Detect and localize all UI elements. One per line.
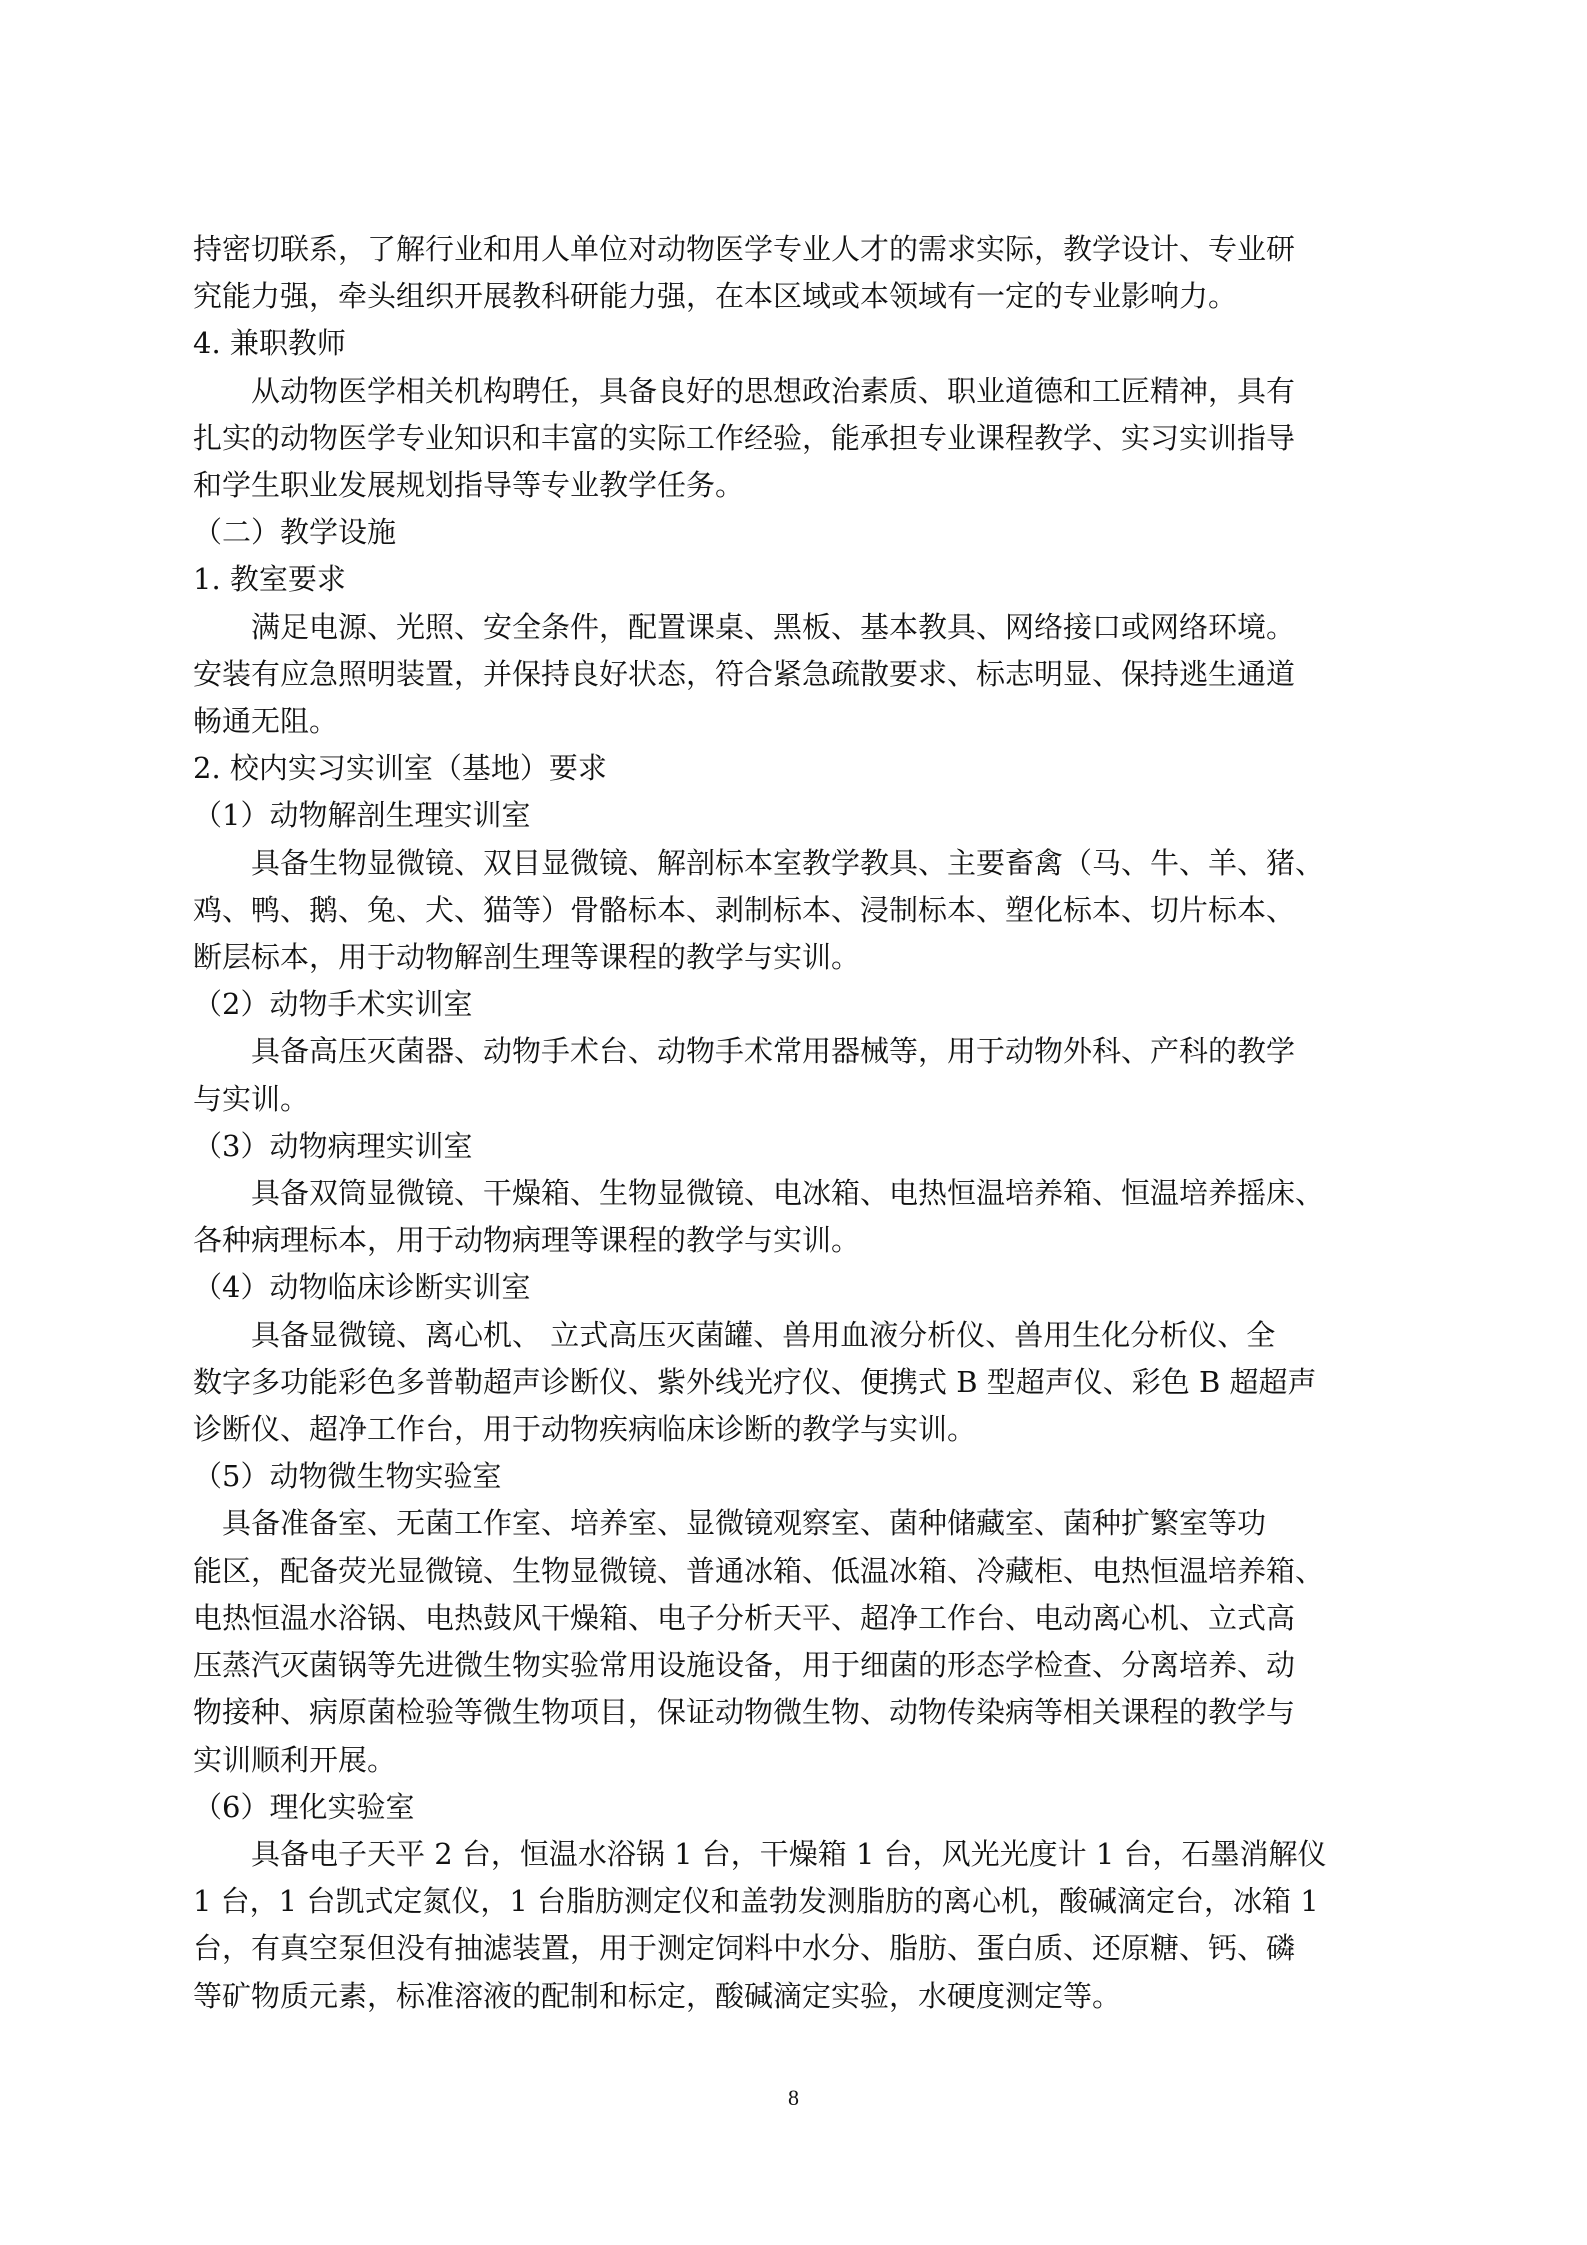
para-line: 能区，配备荧光显微镜、生物显微镜、普通冰箱、低温冰箱、冷藏柜、电热恒温培养箱、: [193, 1548, 1415, 1595]
document-body: 持密切联系，了解行业和用人单位对动物医学专业人才的需求实际，教学设计、专业研 究…: [193, 226, 1415, 2020]
para-line: 具备电子天平 2 台，恒温水浴锅 1 台，干燥箱 1 台，风光光度计 1 台，石…: [193, 1831, 1415, 1878]
subheading-physchem-lab: （6）理化实验室: [193, 1784, 1415, 1831]
para-line: 具备准备室、无菌工作室、培养室、显微镜观察室、菌种储藏室、菌种扩繁室等功: [193, 1500, 1415, 1547]
section-heading-classroom-requirements: 1. 教室要求: [193, 556, 1415, 603]
section-heading-part-time-teachers: 4. 兼职教师: [193, 320, 1415, 367]
para-line: 诊断仪、超净工作台，用于动物疾病临床诊断的教学与实训。: [193, 1406, 1415, 1453]
para-line: 实训顺利开展。: [193, 1737, 1415, 1784]
para-line: 数字多功能彩色多普勒超声诊断仪、紫外线光疗仪、便携式 B 型超声仪、彩色 B 超…: [193, 1359, 1415, 1406]
para-line: 具备生物显微镜、双目显微镜、解剖标本室教学教具、主要畜禽（马、牛、羊、猪、: [193, 840, 1415, 887]
subheading-clinical-diagnosis-lab: （4）动物临床诊断实训室: [193, 1264, 1415, 1311]
para-line: 扎实的动物医学专业知识和丰富的实际工作经验，能承担专业课程教学、实习实训指导: [193, 415, 1415, 462]
para-line: 从动物医学相关机构聘任，具备良好的思想政治素质、职业道德和工匠精神，具有: [193, 368, 1415, 415]
para-line: 具备高压灭菌器、动物手术台、动物手术常用器械等，用于动物外科、产科的教学: [193, 1028, 1415, 1075]
para-line: 具备双筒显微镜、干燥箱、生物显微镜、电冰箱、电热恒温培养箱、恒温培养摇床、: [193, 1170, 1415, 1217]
section-heading-teaching-facilities: （二）教学设施: [193, 509, 1415, 556]
para-line: 究能力强，牵头组织开展教科研能力强，在本区域或本领域有一定的专业影响力。: [193, 273, 1415, 320]
para-line: 和学生职业发展规划指导等专业教学任务。: [193, 462, 1415, 509]
para-line: 具备显微镜、离心机、 立式高压灭菌罐、兽用血液分析仪、兽用生化分析仪、全: [193, 1312, 1415, 1359]
para-line: 台，有真空泵但没有抽滤装置，用于测定饲料中水分、脂肪、蛋白质、还原糖、钙、磷: [193, 1925, 1415, 1972]
para-line: 1 台，1 台凯式定氮仪，1 台脂肪测定仪和盖勃发测脂肪的离心机，酸碱滴定台，冰…: [193, 1878, 1415, 1925]
section-heading-training-rooms: 2. 校内实习实训室（基地）要求: [193, 745, 1415, 792]
subheading-microbiology-lab: （5）动物微生物实验室: [193, 1453, 1415, 1500]
para-line: 各种病理标本，用于动物病理等课程的教学与实训。: [193, 1217, 1415, 1264]
para-line: 断层标本，用于动物解剖生理等课程的教学与实训。: [193, 934, 1415, 981]
subheading-anatomy-lab: （1）动物解剖生理实训室: [193, 792, 1415, 839]
para-line: 鸡、鸭、鹅、兔、犬、猫等）骨骼标本、剥制标本、浸制标本、塑化标本、切片标本、: [193, 887, 1415, 934]
para-line: 物接种、病原菌检验等微生物项目，保证动物微生物、动物传染病等相关课程的教学与: [193, 1689, 1415, 1736]
subheading-pathology-lab: （3）动物病理实训室: [193, 1123, 1415, 1170]
para-line: 安装有应急照明装置，并保持良好状态，符合紧急疏散要求、标志明显、保持逃生通道: [193, 651, 1415, 698]
para-line: 电热恒温水浴锅、电热鼓风干燥箱、电子分析天平、超净工作台、电动离心机、立式高: [193, 1595, 1415, 1642]
para-line: 畅通无阻。: [193, 698, 1415, 745]
para-line: 与实训。: [193, 1076, 1415, 1123]
para-line: 持密切联系，了解行业和用人单位对动物医学专业人才的需求实际，教学设计、专业研: [193, 226, 1415, 273]
para-line: 等矿物质元素，标准溶液的配制和标定，酸碱滴定实验，水硬度测定等。: [193, 1973, 1415, 2020]
para-line: 满足电源、光照、安全条件，配置课桌、黑板、基本教具、网络接口或网络环境。: [193, 604, 1415, 651]
subheading-surgery-lab: （2）动物手术实训室: [193, 981, 1415, 1028]
para-line: 压蒸汽灭菌锅等先进微生物实验常用设施设备，用于细菌的形态学检查、分离培养、动: [193, 1642, 1415, 1689]
page-number: 8: [0, 2085, 1587, 2111]
